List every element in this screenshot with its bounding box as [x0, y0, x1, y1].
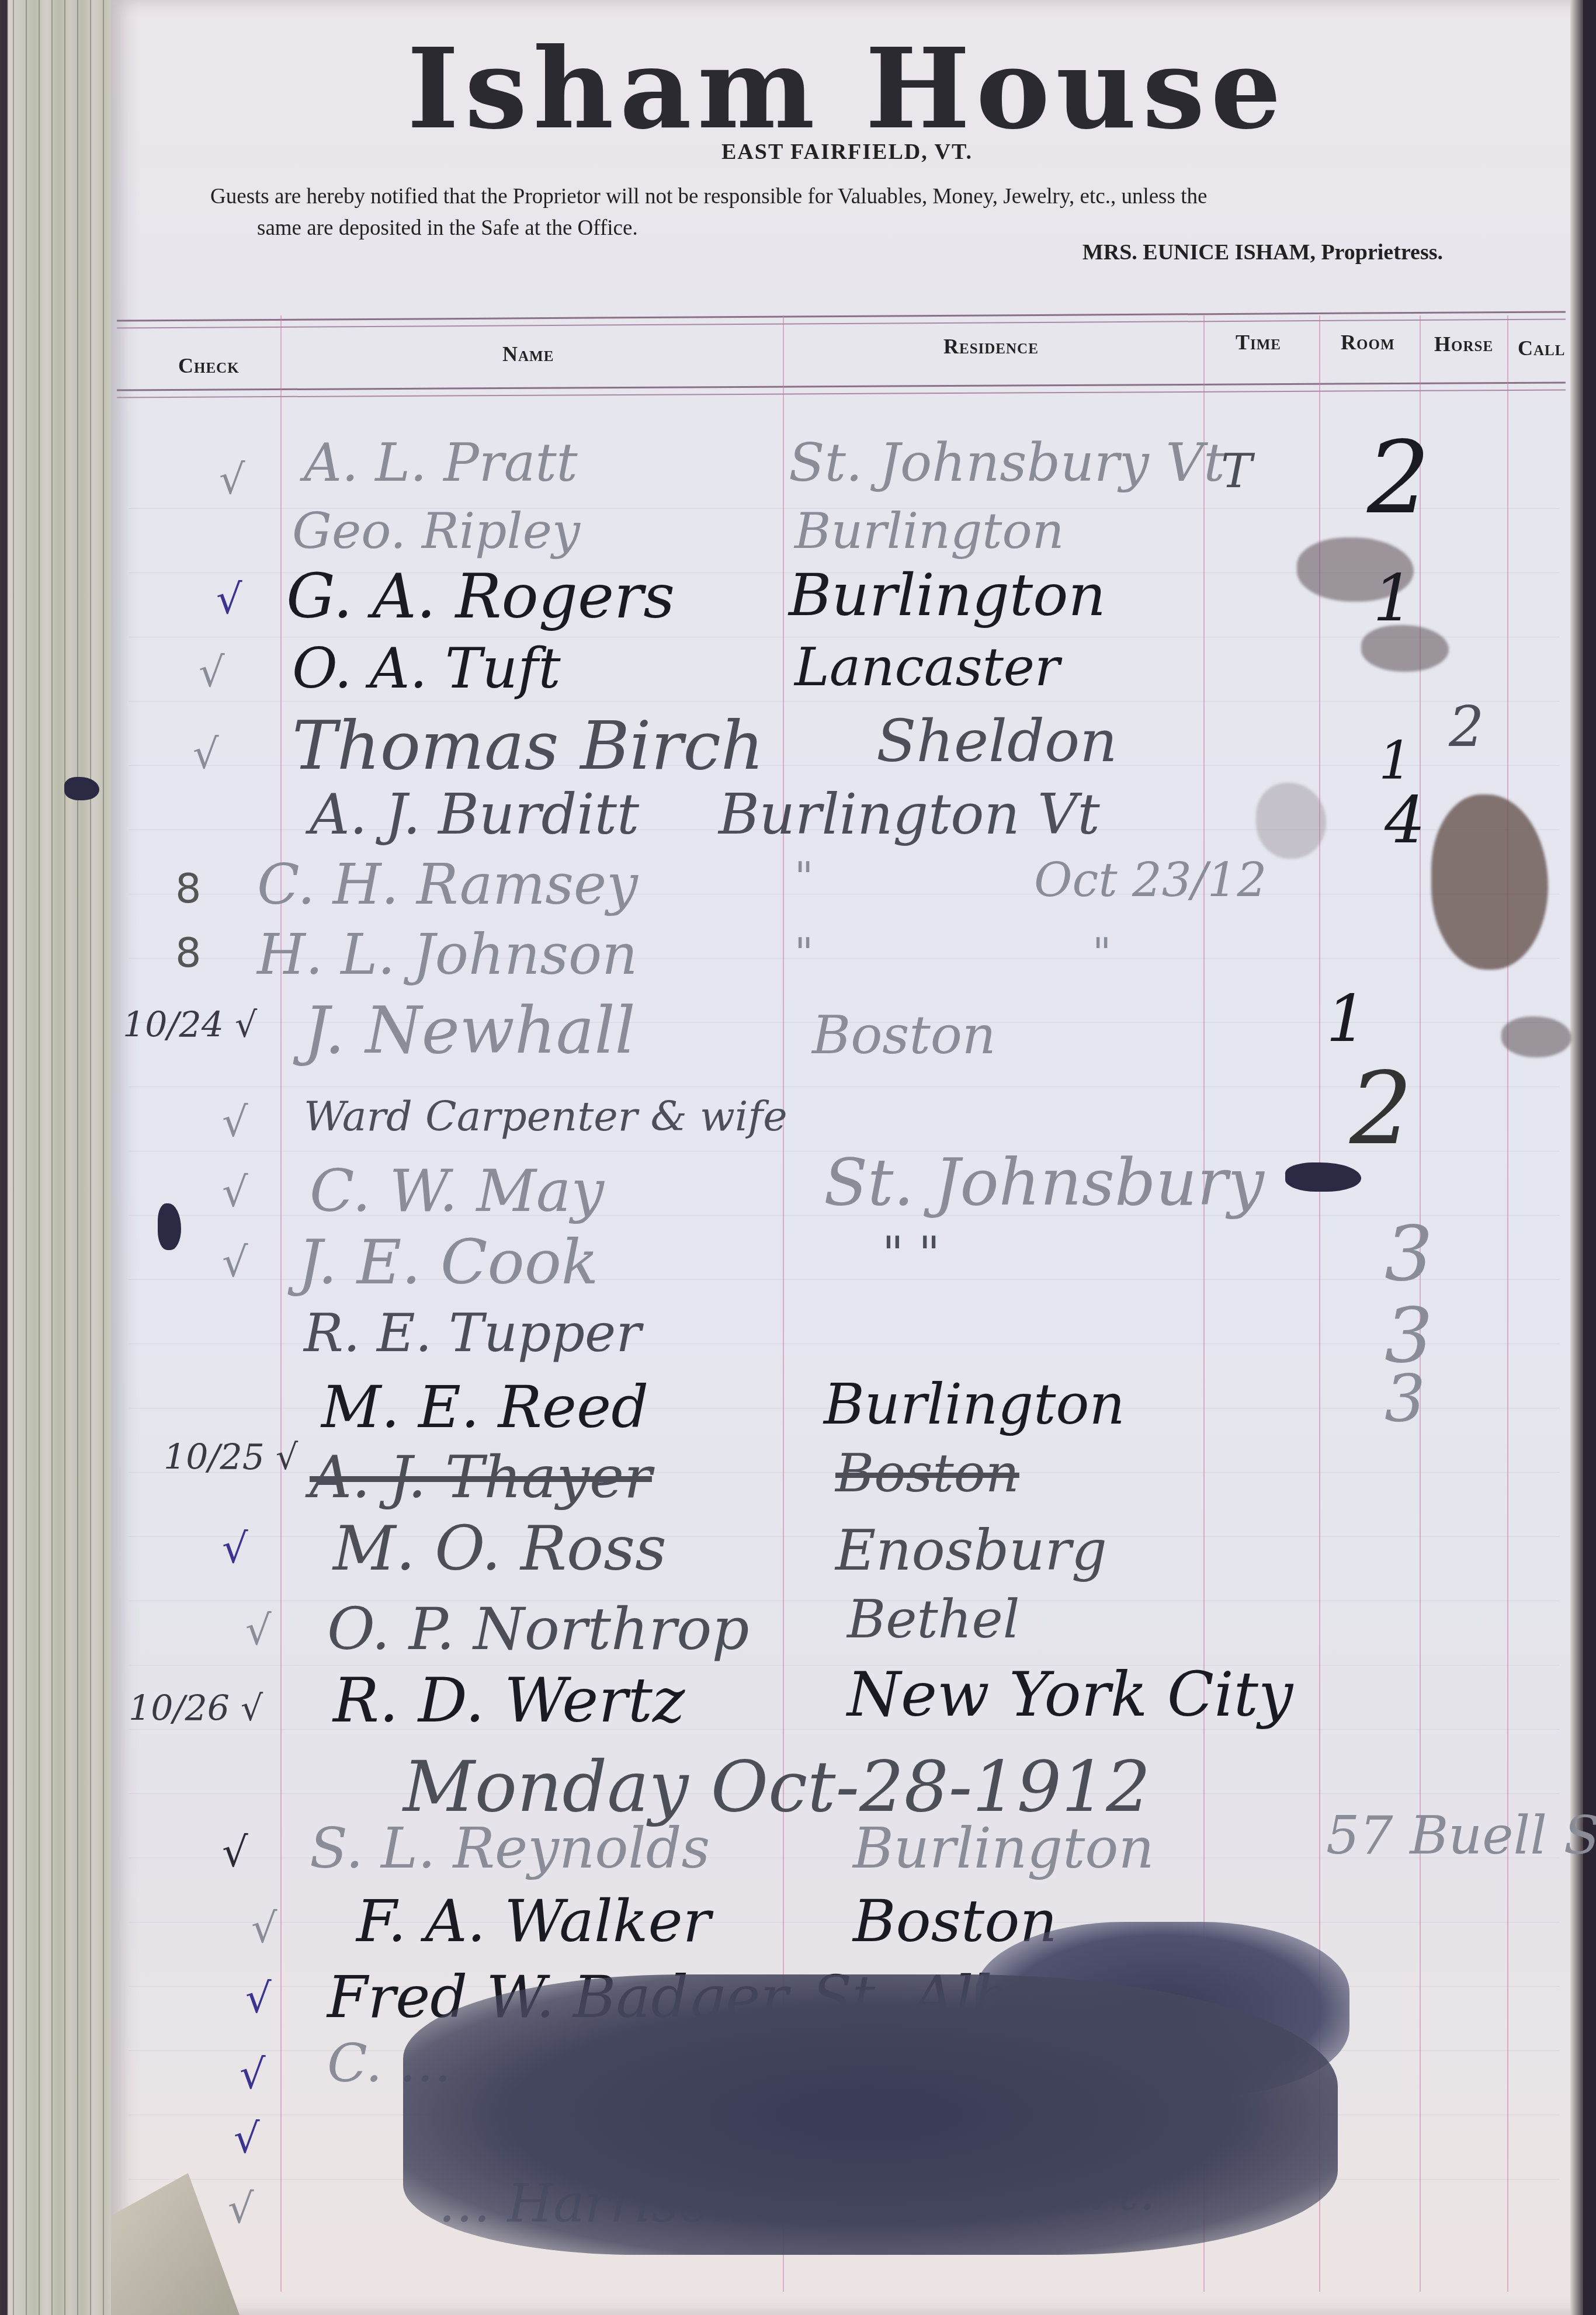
guest-name: O. A. Tuft	[292, 637, 561, 701]
check-mark: 8	[175, 865, 202, 912]
guest-room: 2	[1349, 1051, 1413, 1167]
check-mark: √	[245, 1606, 272, 1654]
check-date: 10/24 √	[123, 1005, 257, 1046]
guest-name: G. A. Rogers	[286, 561, 675, 632]
column-header-call: Call	[1518, 336, 1565, 360]
check-mark: √	[234, 2115, 260, 2163]
guest-note: 57 Buell St	[1326, 1805, 1596, 1866]
guest-time: T	[1221, 444, 1252, 498]
guest-residence: Bethel	[847, 1589, 1020, 1650]
ink-blot	[158, 1203, 181, 1250]
guest-name: Thomas Birch	[292, 707, 764, 785]
guest-time: "	[1092, 929, 1111, 977]
guest-name: R. E. Tupper	[304, 1303, 641, 1364]
column-header-name: Name	[502, 342, 554, 366]
guest-residence: Lancaster	[794, 637, 1060, 698]
check-mark: √	[222, 1238, 248, 1286]
check-mark: √	[222, 1828, 248, 1876]
guest-time: Oct 23/12	[1034, 853, 1267, 907]
guest-residence: Burlington Vt	[719, 783, 1100, 847]
guest-name: C. H. Ramsey	[257, 853, 638, 917]
ruled-line	[129, 701, 1560, 702]
book-page-edges	[0, 0, 117, 2315]
column-header-time: Time	[1236, 330, 1281, 355]
check-mark: √	[222, 1168, 248, 1216]
check-mark: √	[193, 730, 219, 778]
guest-residence: Burlington	[789, 561, 1106, 629]
guest-residence: Boston	[812, 1005, 996, 1066]
guest-residence: Enosburg	[835, 1519, 1107, 1583]
proprietress-role: Proprietress.	[1321, 240, 1443, 265]
header-rule-top	[117, 311, 1566, 328]
guest-residence: New York City	[847, 1659, 1293, 1730]
guest-name: R. D. Wertz	[333, 1665, 685, 1736]
guest-name: F. A. Walker	[356, 1887, 710, 1955]
check-mark: √	[245, 1974, 272, 2022]
ruled-line	[129, 1087, 1560, 1087]
guest-name: O. P. Northrop	[327, 1595, 749, 1663]
guest-name: H. L. Johnson	[257, 923, 638, 987]
guest-residence: Burlington	[824, 1373, 1125, 1437]
ink-stain	[1256, 783, 1326, 859]
check-date: 10/25 √	[164, 1437, 298, 1478]
guest-residence: St. Johnsbury Vt	[789, 432, 1225, 494]
column-header-horse: Horse	[1434, 332, 1493, 356]
guest-room: 2	[1367, 421, 1430, 536]
check-date: 10/26 √	[129, 1688, 263, 1729]
check-mark: √	[251, 1904, 277, 1952]
guest-name: J. Newhall	[304, 993, 636, 1068]
register-page: Isham House EAST FAIRFIELD, VT. Guests a…	[111, 0, 1583, 2315]
guest-room: 1	[1326, 981, 1367, 1056]
page-gutter	[1570, 0, 1583, 2315]
safe-notice: Guests are hereby notified that the Prop…	[210, 181, 1496, 244]
guest-name: Ward Carpenter & wife	[304, 1092, 787, 1140]
guest-name: A. J. Thayer	[310, 1443, 652, 1511]
guest-residence: Sheldon	[876, 707, 1118, 775]
guest-name: A. L. Pratt	[304, 432, 578, 494]
guest-room: 1	[1373, 561, 1414, 636]
hotel-location: EAST FAIRFIELD, VT.	[111, 139, 1583, 165]
check-mark: √	[240, 2050, 266, 2098]
hotel-title: Isham House	[111, 23, 1583, 154]
check-mark: √	[216, 575, 242, 623]
guest-residence: "	[794, 929, 813, 977]
guest-name: M. E. Reed	[321, 1373, 648, 1441]
guest-name: A. J. Burditt	[310, 783, 639, 847]
guest-residence: Burlington	[853, 1817, 1154, 1881]
large-ink-blot	[403, 1974, 1338, 2255]
check-mark: √	[199, 648, 225, 696]
check-mark: √	[222, 1098, 248, 1146]
column-divider	[280, 315, 282, 2292]
column-header-check: Check	[178, 353, 240, 378]
guest-name: J. E. Cook	[298, 1227, 599, 1298]
check-mark: √	[222, 1525, 248, 1573]
guest-residence: "	[794, 853, 813, 901]
header-rule-bottom	[117, 382, 1566, 398]
guest-residence: St. Johnsbury	[824, 1145, 1264, 1220]
ruled-line	[129, 1922, 1560, 1922]
check-mark: 8	[175, 929, 202, 977]
guest-horse: 2	[1449, 695, 1484, 759]
ink-blot	[64, 777, 99, 800]
guest-residence: Boston	[835, 1443, 1019, 1504]
guest-residence: Burlington	[794, 502, 1064, 560]
proprietress-name: MRS. EUNICE ISHAM,	[1082, 240, 1316, 265]
column-header-room: Room	[1341, 330, 1395, 355]
guest-name: C. W. May	[310, 1157, 604, 1225]
ink-stain	[1431, 794, 1548, 970]
date-line: Monday Oct-28-1912	[403, 1747, 1151, 1828]
guest-room: 4	[1385, 783, 1425, 858]
notice-line-1: Guests are hereby notified that the Prop…	[210, 181, 1496, 213]
guest-residence: " "	[882, 1227, 940, 1281]
column-header-residence: Residence	[943, 334, 1039, 359]
guest-name: S. L. Reynolds	[310, 1817, 710, 1881]
check-mark: √	[219, 456, 245, 504]
column-divider	[1507, 315, 1508, 2292]
proprietress: MRS. EUNICE ISHAM, Proprietress.	[1082, 240, 1443, 265]
guest-room: 3	[1385, 1361, 1425, 1436]
ink-stain	[1501, 1016, 1571, 1057]
guest-name: M. O. Ross	[333, 1513, 667, 1584]
guest-name: Geo. Ripley	[292, 502, 580, 560]
guest-room: 3	[1385, 1209, 1433, 1298]
check-mark: √	[228, 2185, 254, 2233]
